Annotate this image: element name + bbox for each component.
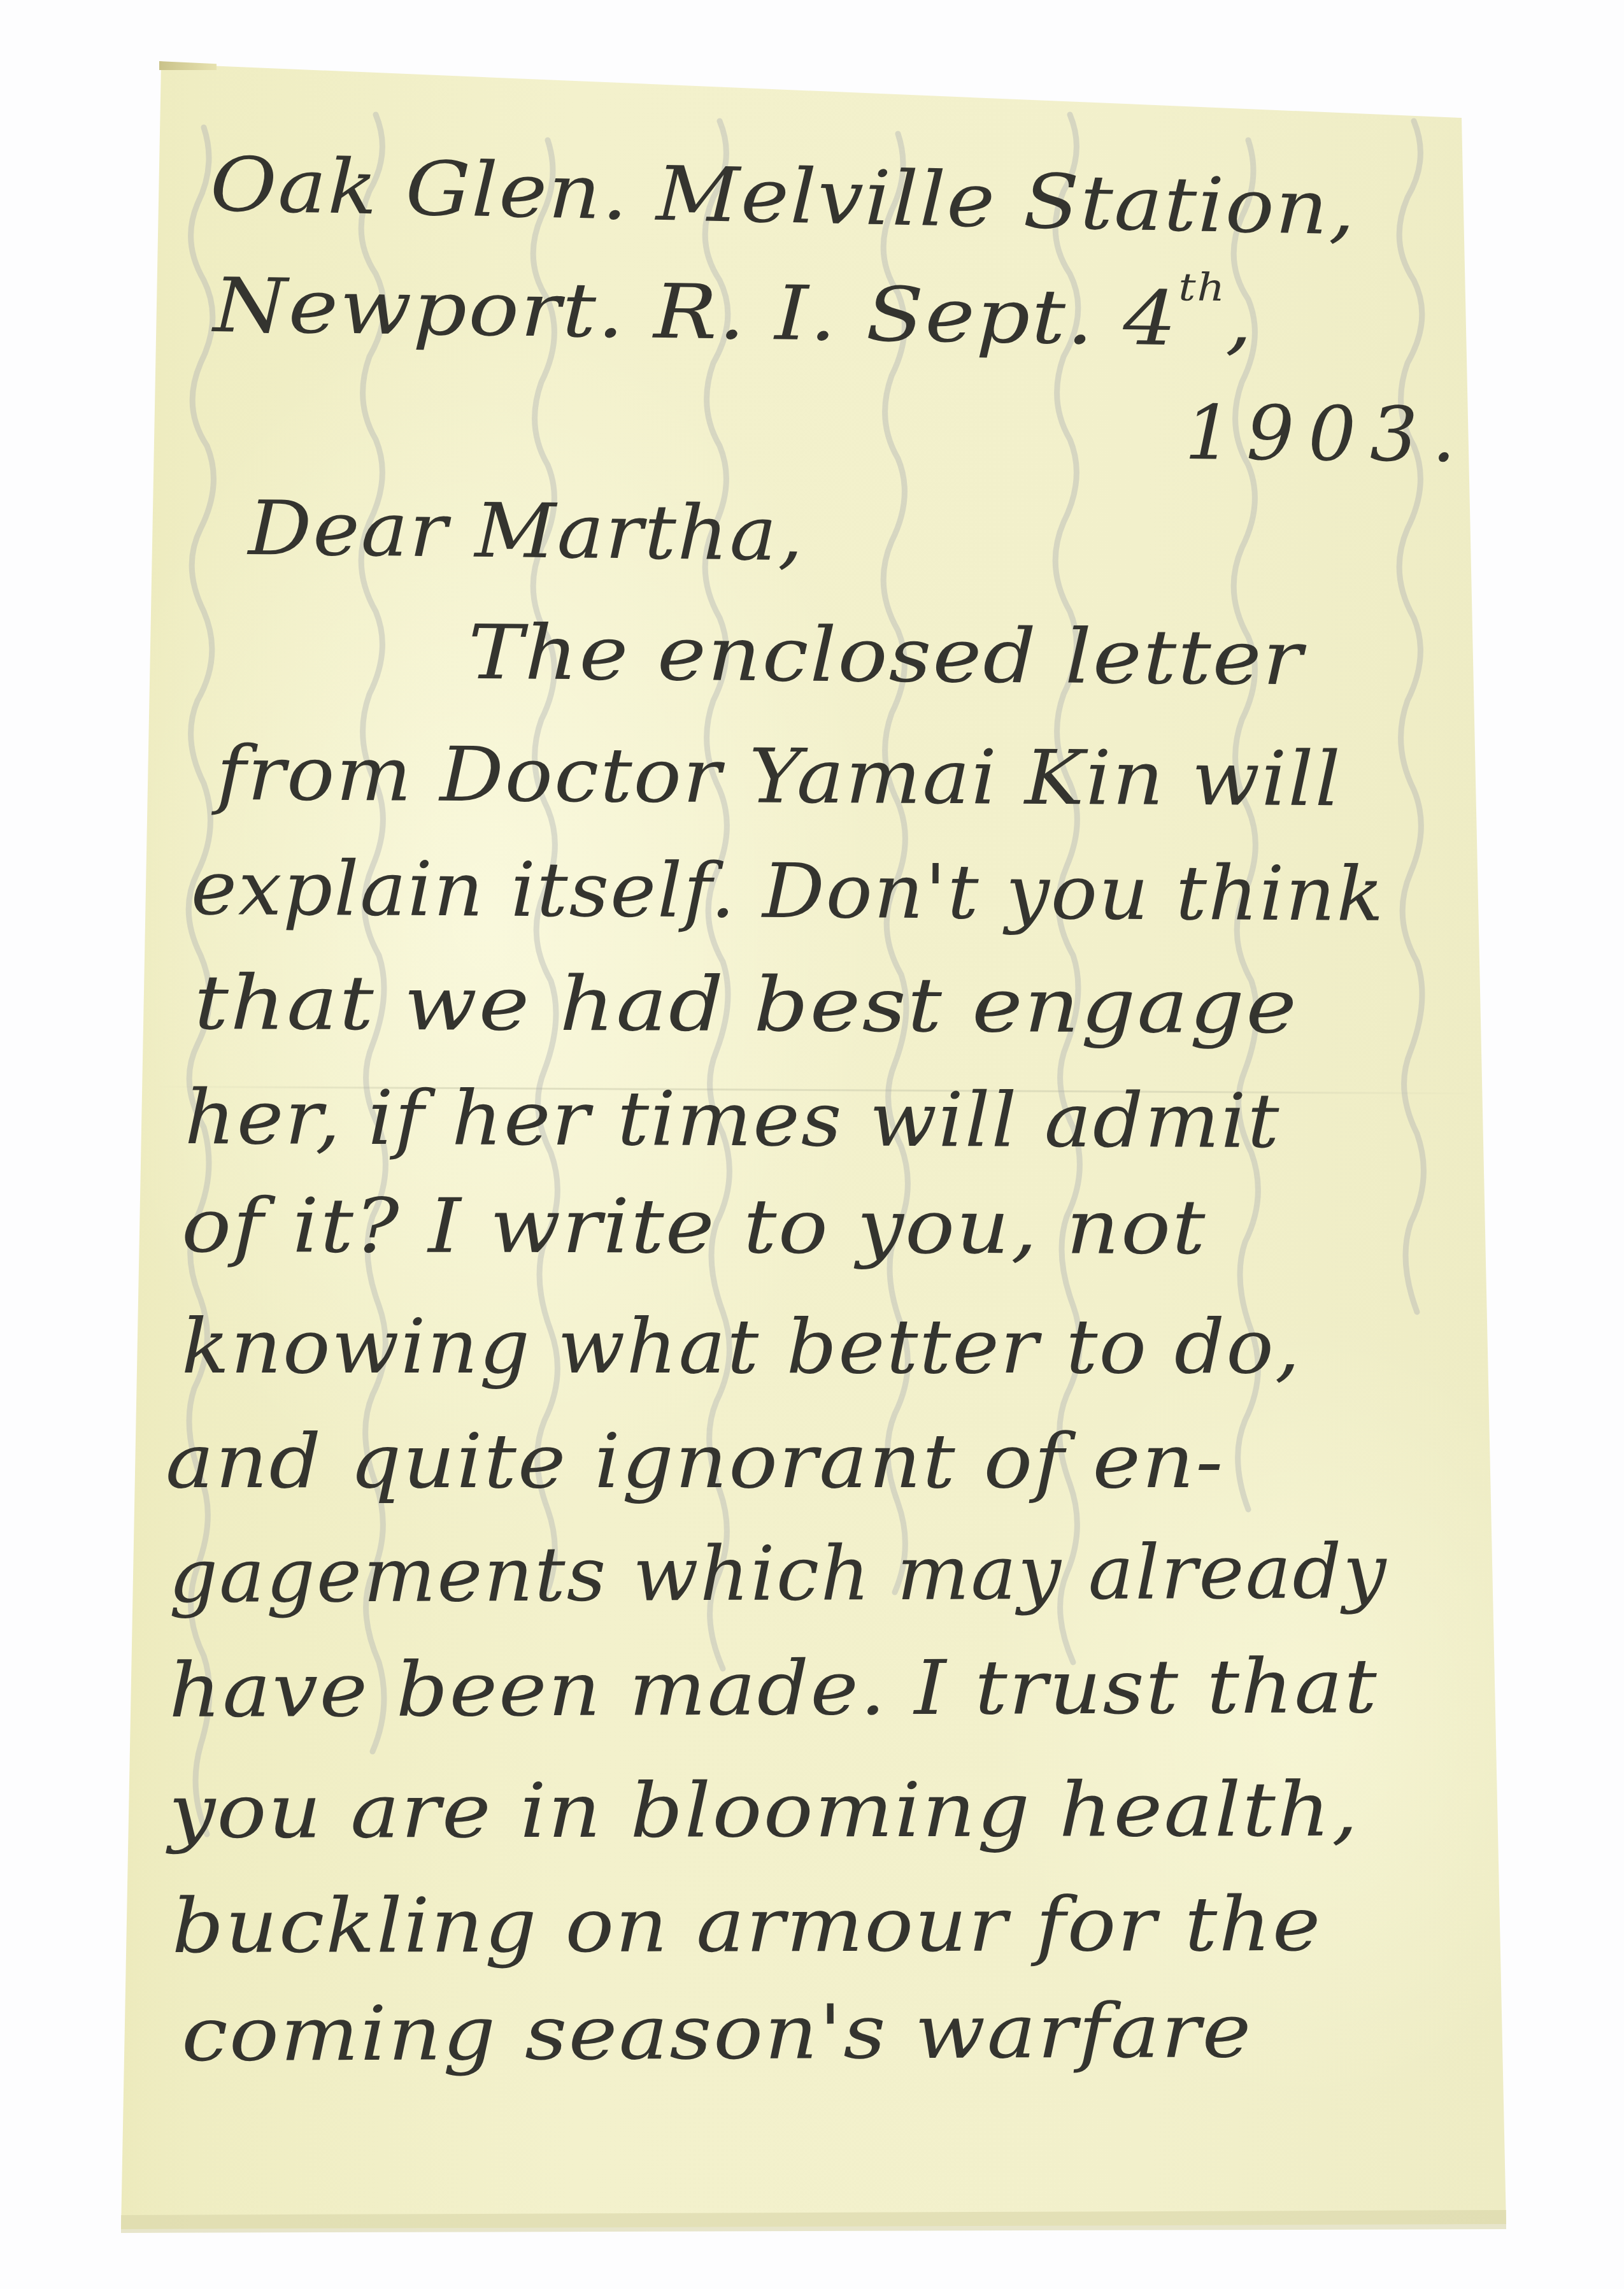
body-line: and quite ignorant of en- bbox=[166, 1423, 1225, 1499]
address-line-1: Oak Glen. Melville Station, bbox=[210, 146, 1357, 246]
body-line: gagements which may already bbox=[169, 1534, 1388, 1613]
body-line: have been made. I trust that bbox=[169, 1648, 1378, 1728]
body-line: buckling on armour for the bbox=[172, 1886, 1322, 1964]
body-line: The enclosed letter bbox=[468, 615, 1304, 695]
photo-background: Oak Glen. Melville Station, Newport. R. … bbox=[0, 0, 1624, 2289]
salutation: Dear Martha, bbox=[248, 490, 804, 571]
address-line-2: Newport. R. I. Sept. 4th, bbox=[213, 267, 1255, 357]
body-line: coming season's warfare bbox=[182, 1993, 1253, 2072]
body-line: explain itself. Don't you think bbox=[191, 850, 1385, 932]
address-line-2-main: Newport. R. I. Sept. 4 bbox=[213, 261, 1179, 362]
letter-year: 1903. bbox=[1184, 395, 1470, 473]
letter-handwriting: Oak Glen. Melville Station, Newport. R. … bbox=[0, 0, 1624, 2289]
body-line: you are in blooming health, bbox=[169, 1772, 1360, 1849]
body-line: of it? I write to you, not bbox=[182, 1188, 1207, 1265]
body-line: from Doctor Yamai Kin will bbox=[217, 736, 1342, 816]
body-line: that we had best engage bbox=[194, 965, 1299, 1044]
address-line-2-end: , bbox=[1225, 275, 1255, 364]
body-line: knowing what better to do, bbox=[182, 1309, 1301, 1384]
body-line: her, if her times will admit bbox=[185, 1080, 1281, 1159]
date-ordinal-suffix: th bbox=[1178, 265, 1227, 310]
